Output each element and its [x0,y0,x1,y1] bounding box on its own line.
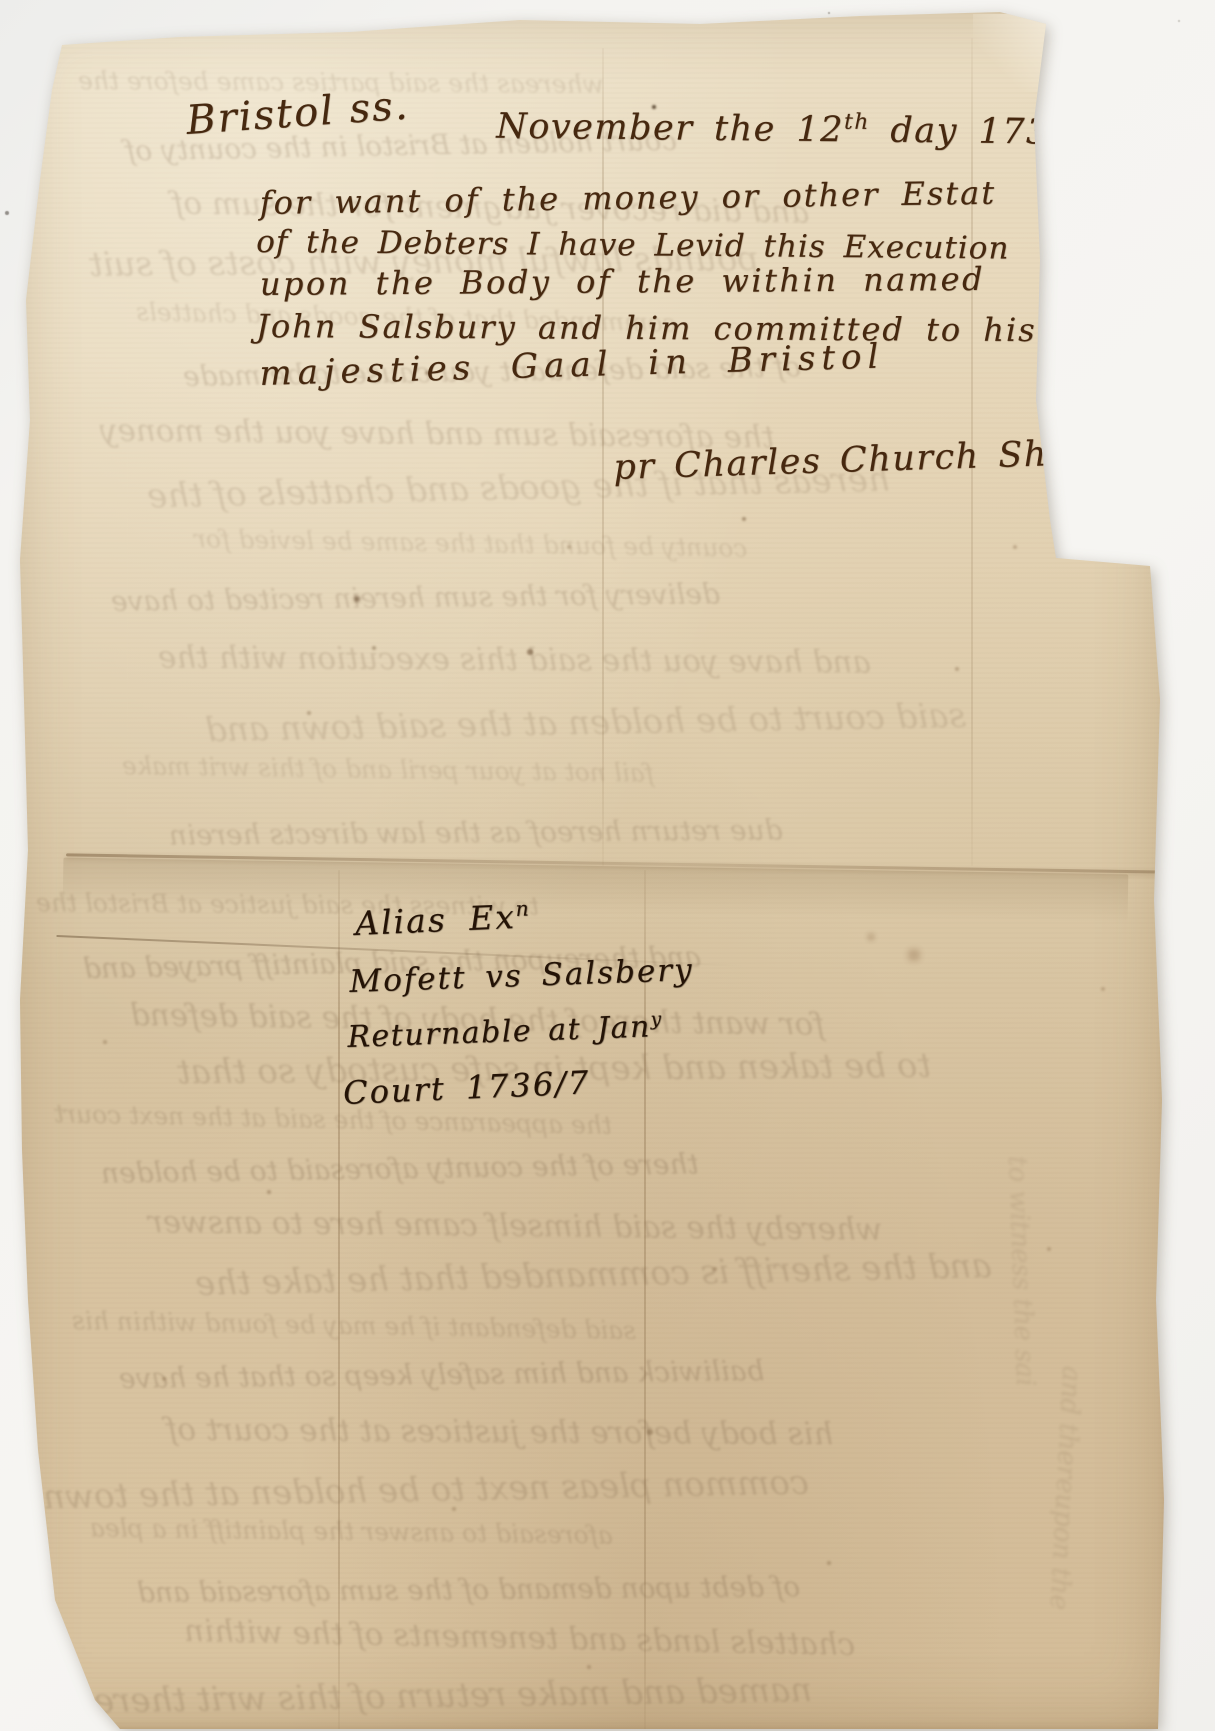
scanned-manuscript-page: whereas the said parties came before the… [0,0,1215,1731]
paper-edge-shading [8,6,1168,1729]
scanner-artifacts [0,0,2,2]
folded-corner [973,14,1058,92]
paper-sheet: whereas the said parties came before the… [8,6,1168,1729]
foxing-spots [8,6,10,8]
paper-surface: whereas the said parties came before the… [8,6,1168,1729]
